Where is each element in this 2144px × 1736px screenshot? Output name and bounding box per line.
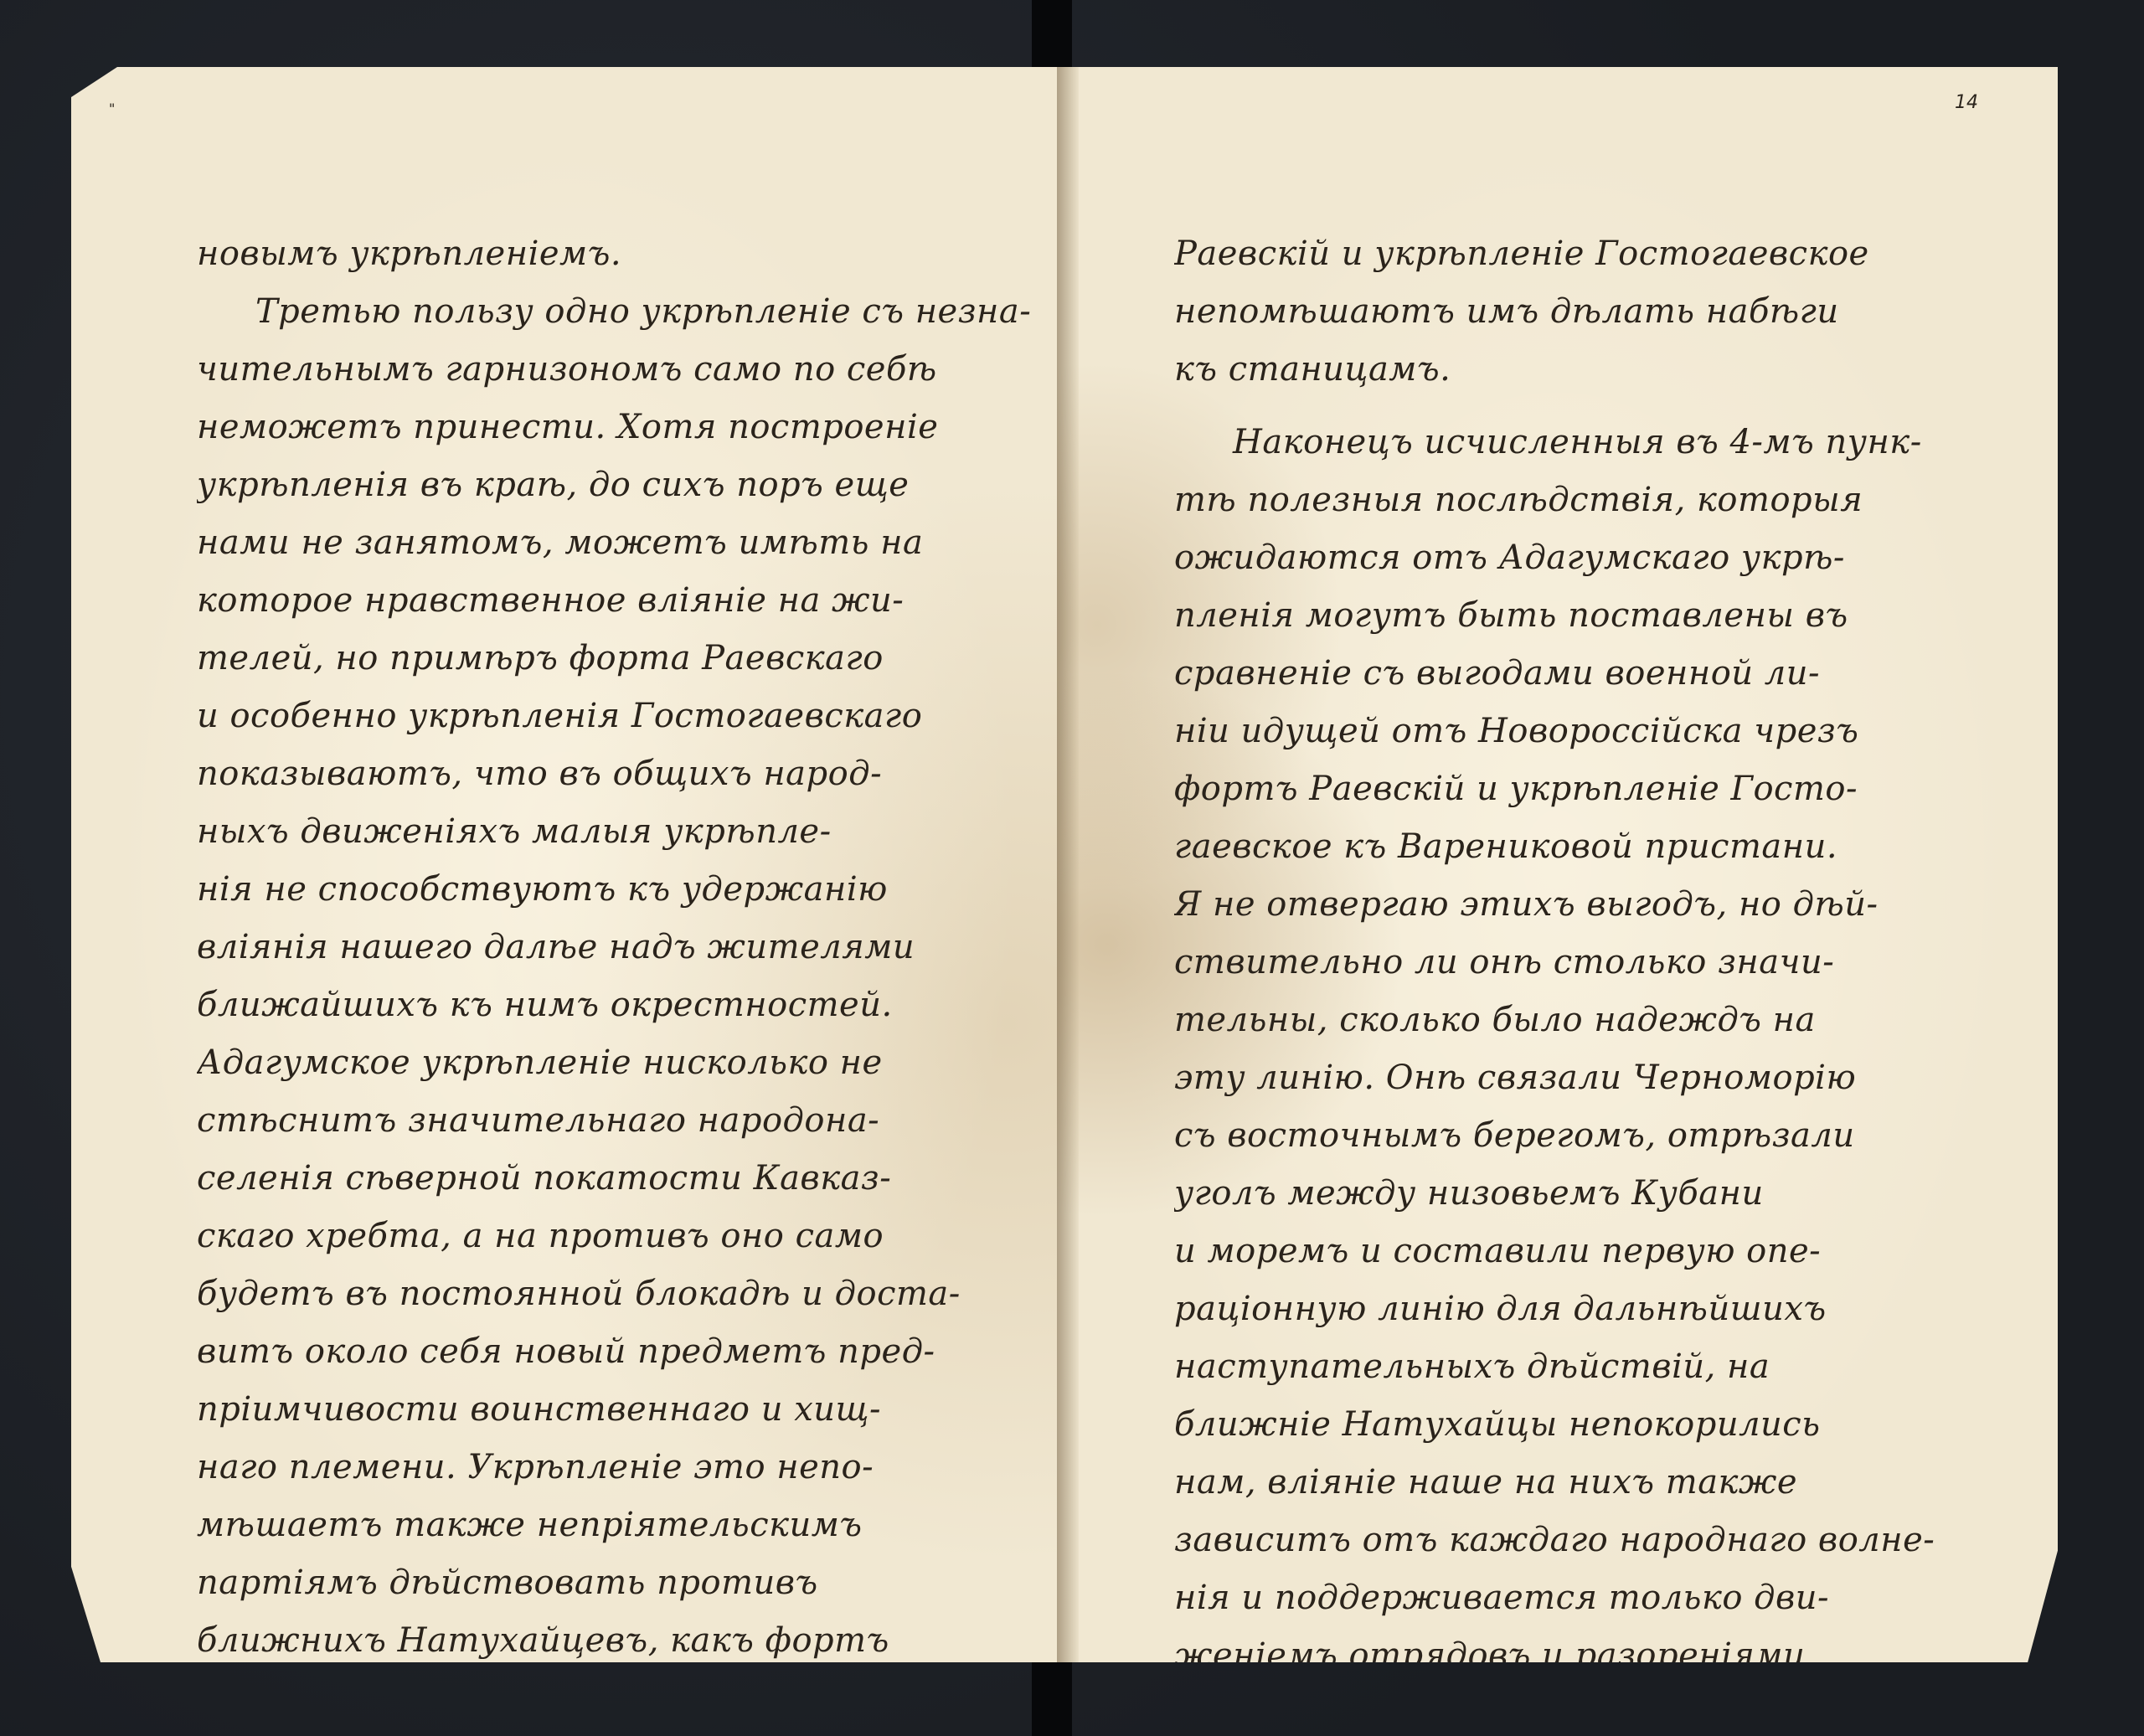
text-line: Третью пользу одно укрѣпленіе съ незна-	[197, 288, 1110, 335]
text-line: партіямъ дѣйствовать противъ	[197, 1559, 1051, 1606]
text-line: Раевскій и укрѣпленіе Гостогаевское	[1174, 230, 2037, 277]
text-line: нам, вліяніе наше на нихъ также	[1174, 1459, 2037, 1506]
text-line: и моремъ и составили первую опе-	[1174, 1228, 2037, 1275]
text-line: къ станицамъ.	[1174, 346, 2037, 393]
text-line: сравненіе съ выгодами военной ли-	[1174, 650, 2037, 697]
text-line: пленія могутъ быть поставлены въ	[1174, 592, 2037, 639]
text-line: непомѣшаютъ имъ дѣлать набѣги	[1174, 288, 2037, 335]
text-line: эту линію. Онѣ связали Черноморію	[1174, 1054, 2037, 1101]
text-line: ніи идущей отъ Новороссійска чрезъ	[1174, 708, 2037, 755]
text-line: нами не занятомъ, можетъ имѣть на	[197, 519, 1051, 566]
text-line: и особенно укрѣпленія Гостогаевскаго	[197, 693, 1051, 739]
text-line: ствительно ли онѣ столько значи-	[1174, 939, 2037, 986]
text-line: Наконецъ исчисленныя въ 4-мъ пунк-	[1174, 419, 2095, 466]
text-line: ближніе Натухайцы непокорились	[1174, 1401, 2037, 1448]
text-line: гаевское къ Варениковой пристани.	[1174, 823, 2037, 870]
text-line: стѣснитъ значительнаго народона-	[197, 1097, 1051, 1144]
text-line: ближнихъ Натухайцевъ, какъ фортъ	[197, 1617, 1051, 1664]
text-line: Адагумское укрѣпленіе нисколько не	[197, 1039, 1051, 1086]
text-line: нія не способствуютъ къ удержанію	[197, 866, 1051, 913]
text-line: тѣ полезныя послѣдствія, которыя	[1174, 476, 2037, 523]
text-line: тельны, сколько было надеждъ на	[1174, 997, 2037, 1043]
text-line: показываютъ, что въ общихъ народ-	[197, 750, 1051, 797]
text-line: будетъ въ постоянной блокадѣ и доста-	[197, 1270, 1051, 1317]
text-line: фортъ Раевскій и укрѣпленіе Госто-	[1174, 765, 2037, 812]
text-line: съ восточнымъ берегомъ, отрѣзали	[1174, 1112, 2037, 1159]
text-line: Я не отвергаю этихъ выгодъ, но дѣй-	[1174, 881, 2037, 928]
text-line: уголъ между низовьемъ Кубани	[1174, 1170, 2037, 1217]
text-line: которое нравственное вліяніе на жи-	[197, 577, 1051, 624]
right-page: 14 Раевскій и укрѣпленіе Гостогаевское н…	[1057, 67, 2058, 1662]
text-line: ожидаются отъ Адагумскаго укрѣ-	[1174, 534, 2037, 581]
text-line: раціонную линію для дальнѣйшихъ	[1174, 1285, 2037, 1332]
text-line: ближайшихъ къ нимъ окрестностей.	[197, 981, 1051, 1028]
text-line: наго племени. Укрѣпленіе это непо-	[197, 1444, 1051, 1491]
text-line: вліянія нашего далѣе надъ жителями	[197, 924, 1051, 971]
text-line: телей, но примѣръ форта Раевскаго	[197, 635, 1051, 682]
text-line: чительнымъ гарнизономъ само по себѣ	[197, 346, 1051, 393]
text-line: мѣшаетъ также непріятельскимъ	[197, 1502, 1051, 1548]
text-line: селенія сѣверной покатости Кавказ-	[197, 1155, 1051, 1202]
text-line: нія и поддерживается только дви-	[1174, 1574, 2037, 1621]
text-line: укрѣпленія въ краѣ, до сихъ поръ еще	[197, 461, 1051, 508]
left-page: " новымъ укрѣпленіемъ. Третью пользу одн…	[71, 67, 1058, 1662]
text-line: наступательныхъ дѣйствій, на	[1174, 1343, 2037, 1390]
right-page-number: 14	[1955, 92, 1978, 113]
text-line: скаго хребта, а на противъ оно само	[197, 1213, 1051, 1260]
text-line: ныхъ движеніяхъ малыя укрѣпле-	[197, 808, 1051, 855]
text-line: витъ около себя новый предметъ пред-	[197, 1328, 1051, 1375]
text-line: неможетъ принести. Хотя построеніе	[197, 404, 1051, 451]
text-line: пріимчивости воинственнаго и хищ-	[197, 1386, 1051, 1433]
text-line: новымъ укрѣпленіемъ.	[197, 230, 1051, 277]
left-page-mark: "	[109, 100, 115, 116]
text-line: зависитъ отъ каждаго народнаго волне-	[1174, 1517, 2037, 1563]
text-line: женіемъ отрядовъ и разореніями	[1174, 1632, 2037, 1679]
page-fold	[1057, 67, 1079, 1662]
